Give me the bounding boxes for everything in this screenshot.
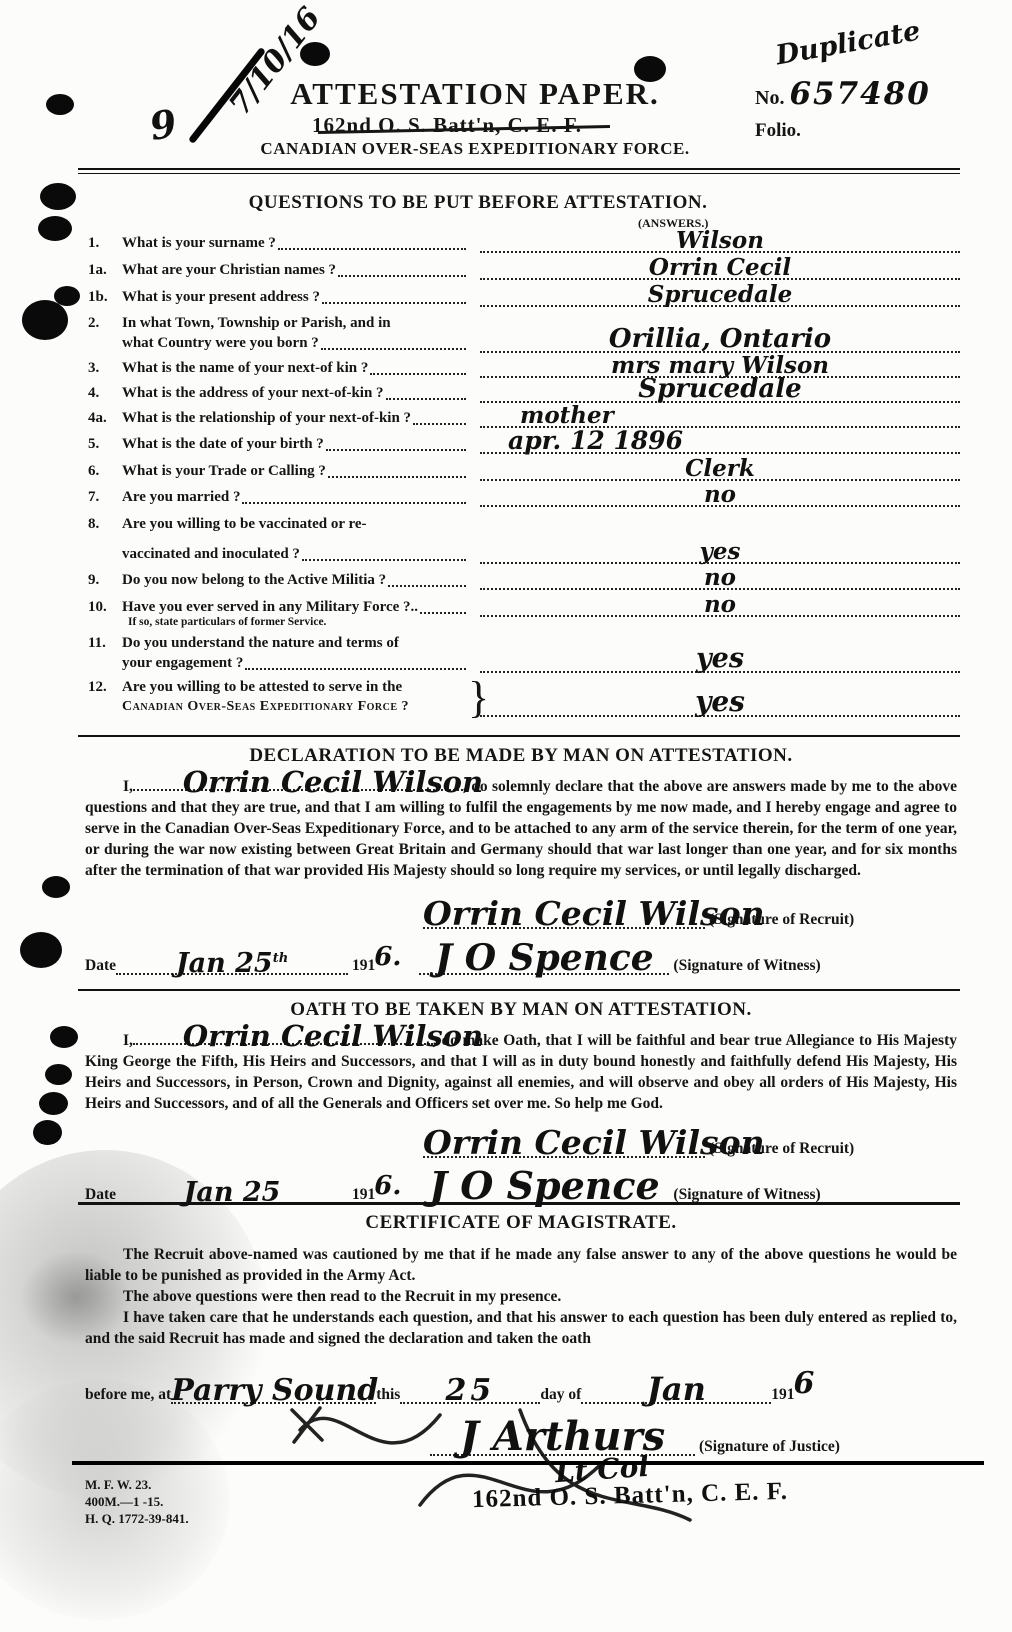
question-number: 10. bbox=[88, 597, 122, 617]
recruit-signature-line: Orrin Cecil Wilson bbox=[423, 919, 705, 929]
question-number: 4a. bbox=[88, 408, 122, 428]
question-row: 4.What is the address of your next-of-ki… bbox=[88, 383, 960, 403]
ink-blob bbox=[42, 876, 70, 898]
dotted-leader bbox=[242, 502, 466, 504]
ink-blob bbox=[33, 1120, 62, 1145]
oath-bold-text: King George the Fifth, bbox=[85, 1053, 238, 1070]
answer-line: apr. 12 1896 bbox=[480, 444, 960, 454]
question-row: 2.In what Town, Township or Parish, and … bbox=[88, 313, 960, 353]
question-row: 12.Are you willing to be attested to ser… bbox=[88, 677, 960, 717]
handwritten-year: 6. bbox=[374, 1171, 401, 1201]
oath-heading: OATH TO BE TAKEN BY MAN ON ATTESTATION. bbox=[85, 999, 957, 1021]
question-number: 8. bbox=[88, 514, 122, 534]
name-line: Orrin Cecil Wilson bbox=[133, 1029, 433, 1045]
question-number: 6. bbox=[88, 461, 122, 481]
declaration-intro: I, bbox=[123, 778, 133, 795]
question-text: What is the relationship of your next-of… bbox=[122, 408, 413, 428]
question-row: 10.Have you ever served in any Military … bbox=[88, 597, 960, 617]
handwritten-answer: mother bbox=[480, 402, 960, 429]
handwritten-name: Orrin Cecil Wilson bbox=[145, 1026, 483, 1047]
handwritten-answer: Clerk bbox=[480, 455, 960, 482]
oath-section: OATH TO BE TAKEN BY MAN ON ATTESTATION. … bbox=[85, 999, 957, 1204]
dotted-leader bbox=[386, 398, 466, 400]
answer-line: yes bbox=[480, 707, 960, 717]
page-title: ATTESTATION PAPER. bbox=[90, 76, 860, 112]
form-code: 400M.—1 -15. bbox=[85, 1493, 189, 1510]
question-text: What is your Trade or Calling ? bbox=[122, 461, 328, 481]
handwritten-year: 6 bbox=[794, 1366, 815, 1401]
question-text: your engagement ? bbox=[122, 653, 245, 673]
handwritten-answer: Sprucedale bbox=[480, 281, 960, 308]
witness-signature-line: J O Spence bbox=[419, 965, 669, 975]
dotted-leader bbox=[278, 248, 466, 250]
question-number: 1b. bbox=[88, 287, 122, 307]
certificate-heading: CERTIFICATE OF MAGISTRATE. bbox=[85, 1212, 957, 1234]
handwritten-year: 6. bbox=[374, 942, 401, 972]
section-rule bbox=[78, 989, 960, 991]
question-text: What is the date of your birth ? bbox=[122, 434, 326, 454]
question-text: What is the name of your next-of kin ? bbox=[122, 358, 370, 378]
duplicate-note: Duplicate bbox=[773, 16, 922, 72]
questions-heading: QUESTIONS TO BE PUT BEFORE ATTESTATION. bbox=[90, 192, 866, 214]
question-number: 7. bbox=[88, 487, 122, 507]
form-code: H. Q. 1772-39-841. bbox=[85, 1510, 189, 1527]
questions-list: 1.What is your surname ? Wilson 1a.What … bbox=[88, 233, 960, 717]
dotted-leader bbox=[245, 668, 466, 670]
question-text: Do you now belong to the Active Militia … bbox=[122, 570, 388, 590]
date-line: Jan 25th bbox=[116, 965, 348, 975]
form-code: M. F. W. 23. bbox=[85, 1476, 189, 1493]
question-number: 9. bbox=[88, 570, 122, 590]
answer-line: no bbox=[480, 607, 960, 617]
handwritten-answer: no bbox=[480, 481, 960, 508]
dotted-leader bbox=[420, 612, 466, 614]
question-text: What are your Christian names ? bbox=[122, 260, 338, 280]
question-number: 3. bbox=[88, 358, 122, 378]
handwritten-answer: Wilson bbox=[480, 227, 960, 254]
question-text: What is the address of your next-of-kin … bbox=[122, 383, 386, 403]
question-number: 2. bbox=[88, 313, 122, 333]
declaration-paragraph: I,Orrin Cecil Wilson, do solemnly declar… bbox=[85, 775, 957, 881]
ink-blob bbox=[40, 183, 76, 210]
year-printed: 191 bbox=[771, 1386, 794, 1404]
question-number: 5. bbox=[88, 434, 122, 454]
dotted-leader bbox=[302, 559, 466, 561]
header-rule bbox=[78, 168, 960, 174]
answer-line: no bbox=[480, 497, 960, 507]
handwritten-answer: no bbox=[480, 564, 960, 591]
dotted-leader bbox=[326, 449, 466, 451]
before-me-label: before me, at bbox=[85, 1386, 171, 1404]
oath-text: , do make Oath, that I will be faithful … bbox=[433, 1032, 957, 1049]
recruit-signature: Orrin Cecil Wilson bbox=[423, 1123, 705, 1162]
question-row: 8.Are you willing to be vaccinated or re… bbox=[88, 514, 960, 564]
question-text: Are you willing to be attested to serve … bbox=[122, 677, 404, 697]
pen-scribble bbox=[270, 1370, 730, 1580]
ink-dot bbox=[300, 42, 330, 66]
handwritten-answer: Sprucedale bbox=[480, 374, 960, 404]
oath-paragraph: I,Orrin Cecil Wilson, do make Oath, that… bbox=[85, 1029, 957, 1114]
question-text: Are you willing to be vaccinated or re- bbox=[122, 514, 369, 534]
witness-signature: J O Spence bbox=[419, 937, 669, 979]
question-row: 6.What is your Trade or Calling ? Clerk bbox=[88, 461, 960, 481]
question-text: What is your present address ? bbox=[122, 287, 322, 307]
declaration-section: DECLARATION TO BE MADE BY MAN ON ATTESTA… bbox=[85, 745, 957, 975]
year-printed: 191 bbox=[352, 957, 375, 975]
question-number: 12. bbox=[88, 677, 122, 697]
handwritten-answer: no bbox=[480, 591, 960, 618]
handwritten-answer: apr. 12 1896 bbox=[480, 426, 960, 455]
ink-blob bbox=[50, 1026, 78, 1048]
recruit-signature: Orrin Cecil Wilson bbox=[423, 894, 705, 933]
name-line: Orrin Cecil Wilson bbox=[133, 775, 463, 791]
answer-line: no bbox=[480, 580, 960, 590]
ink-blob bbox=[22, 300, 68, 340]
handwritten-answer: Orillia, Ontario bbox=[480, 324, 960, 354]
section-rule bbox=[78, 735, 960, 737]
question-row: 1a.What are your Christian names ? Orrin… bbox=[88, 260, 960, 280]
question-text: vaccinated and inoculated ? bbox=[122, 544, 302, 564]
question-row: 7.Are you married ? no bbox=[88, 487, 960, 507]
page-subtitle: CANADIAN OVER-SEAS EXPEDITIONARY FORCE. bbox=[90, 139, 860, 159]
handwritten-answer: yes bbox=[480, 643, 960, 674]
ink-blob bbox=[39, 1092, 68, 1115]
signature-label: (Signature of Witness) bbox=[673, 957, 820, 975]
dotted-leader bbox=[388, 585, 466, 587]
handwritten-date: Jan 25th bbox=[116, 948, 348, 979]
answer-line: yes bbox=[480, 554, 960, 564]
question-row: 9.Do you now belong to the Active Militi… bbox=[88, 570, 960, 590]
date-label: Date bbox=[85, 957, 116, 975]
answer-line: Clerk bbox=[480, 471, 960, 481]
question-text: what Country were you born ? bbox=[122, 333, 321, 353]
certificate-paragraph: The above questions were then read to th… bbox=[85, 1286, 957, 1307]
question-row: 4a.What is the relationship of your next… bbox=[88, 408, 960, 428]
question-text: What is your surname ? bbox=[122, 233, 278, 253]
dotted-leader bbox=[338, 275, 466, 277]
certificate-paragraph: I have taken care that he understands ea… bbox=[85, 1307, 957, 1349]
question-text: Have you ever served in any Military For… bbox=[122, 597, 420, 617]
handwritten-answer: yes bbox=[480, 538, 960, 565]
handwritten-answer: yes bbox=[480, 685, 960, 718]
question-row: 11.Do you understand the nature and term… bbox=[88, 633, 960, 673]
declaration-bold-text: Canadian Over-Seas Expeditionary Force, bbox=[165, 820, 445, 837]
recruit-signature-line: Orrin Cecil Wilson bbox=[423, 1148, 705, 1158]
answer-line: Orrin Cecil bbox=[480, 270, 960, 280]
question-number: 4. bbox=[88, 383, 122, 403]
question-text: In what Town, Township or Parish, and in bbox=[122, 313, 393, 333]
answer-line: Sprucedale bbox=[480, 297, 960, 307]
serial-number-value: 657480 bbox=[789, 76, 930, 112]
handwritten-answer: Orrin Cecil bbox=[480, 254, 960, 281]
question-row: 1b.What is your present address ? Spruce… bbox=[88, 287, 960, 307]
question-number: 11. bbox=[88, 633, 122, 653]
question-text: Are you married ? bbox=[122, 487, 242, 507]
answer-line: Wilson bbox=[480, 243, 960, 253]
handwritten-name: Orrin Cecil Wilson bbox=[145, 772, 483, 793]
dotted-leader bbox=[413, 423, 466, 425]
serial-number-label: No. bbox=[755, 87, 784, 109]
question-number: 1a. bbox=[88, 260, 122, 280]
ink-blob bbox=[46, 94, 74, 115]
certificate-paragraph: The Recruit above-named was cautioned by… bbox=[85, 1244, 957, 1286]
dotted-leader bbox=[328, 476, 466, 478]
attestation-paper-scan: 7/10/16 9 ATTESTATION PAPER. 162nd O. S.… bbox=[0, 0, 1012, 1632]
dotted-leader bbox=[370, 373, 466, 375]
ink-blob bbox=[38, 216, 72, 241]
question-number: 1. bbox=[88, 233, 122, 253]
ink-blob bbox=[45, 1064, 72, 1085]
section-rule bbox=[78, 1202, 960, 1205]
form-codes: M. F. W. 23. 400M.—1 -15. H. Q. 1772-39-… bbox=[85, 1476, 189, 1527]
question-text: Canadian Over-Seas Expeditionary Force ? bbox=[122, 697, 411, 717]
question-text: Do you understand the nature and terms o… bbox=[122, 633, 401, 653]
dotted-leader bbox=[322, 302, 466, 304]
folio-label: Folio. bbox=[755, 120, 801, 142]
declaration-heading: DECLARATION TO BE MADE BY MAN ON ATTESTA… bbox=[85, 745, 957, 767]
oath-intro: I, bbox=[123, 1032, 133, 1049]
question-row: 5.What is the date of your birth ? apr. … bbox=[88, 434, 960, 454]
question-row: 1.What is your surname ? Wilson bbox=[88, 233, 960, 253]
battalion-stamp: 162nd O. S. Batt'n, C. E. F. bbox=[90, 113, 804, 138]
answer-line: yes bbox=[480, 663, 960, 673]
dotted-leader bbox=[321, 348, 466, 350]
ink-blob bbox=[20, 932, 62, 968]
